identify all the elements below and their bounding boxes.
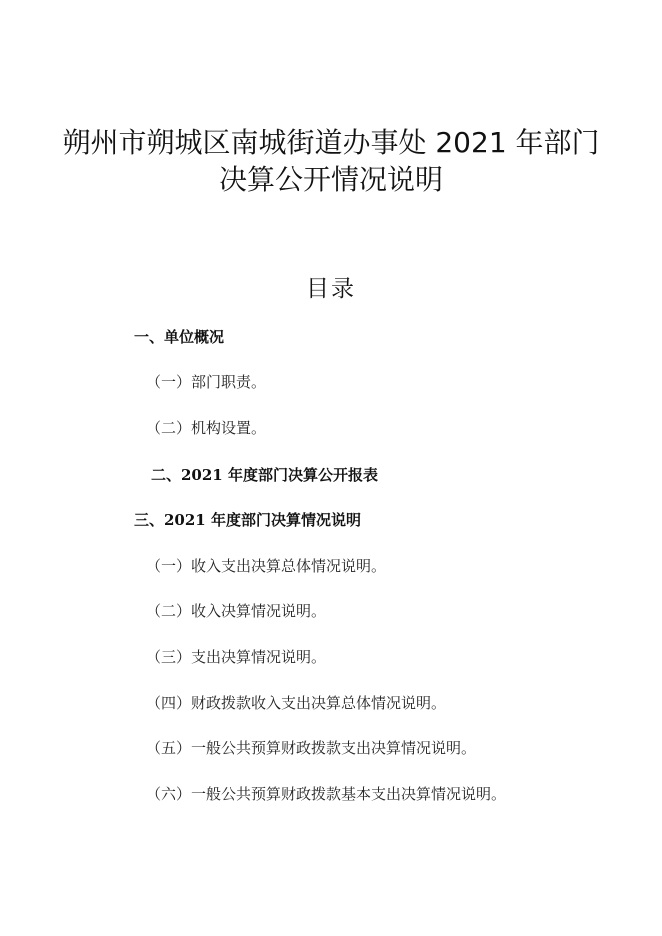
toc-item-3-6: （六）一般公共预算财政拨款基本支出决算情况说明。 — [146, 784, 506, 804]
toc-section-1: 一、单位概况 — [134, 327, 224, 347]
toc-item-1-1: （一）部门职责。 — [146, 372, 266, 392]
toc-item-3-2: （二）收入决算情况说明。 — [146, 601, 326, 621]
document-title-line-1: 朔州市朔城区南城街道办事处 2021 年部门 — [0, 125, 662, 161]
toc-item-3-1: （一）收入支出决算总体情况说明。 — [146, 556, 386, 576]
toc-section-3: 三、2021 年度部门决算情况说明 — [134, 510, 361, 530]
toc-item-3-4: （四）财政拨款收入支出决算总体情况说明。 — [146, 693, 446, 713]
toc-heading: 目录 — [0, 274, 662, 304]
toc-item-3-3: （三）支出决算情况说明。 — [146, 647, 326, 667]
document-title-line-2: 决算公开情况说明 — [0, 162, 662, 198]
toc-section-2: 二、2021 年度部门决算公开报表 — [151, 465, 378, 485]
document-page: 朔州市朔城区南城街道办事处 2021 年部门 决算公开情况说明 目录 一、单位概… — [0, 0, 662, 936]
toc-item-3-5: （五）一般公共预算财政拨款支出决算情况说明。 — [146, 738, 476, 758]
toc-item-1-2: （二）机构设置。 — [146, 418, 266, 438]
